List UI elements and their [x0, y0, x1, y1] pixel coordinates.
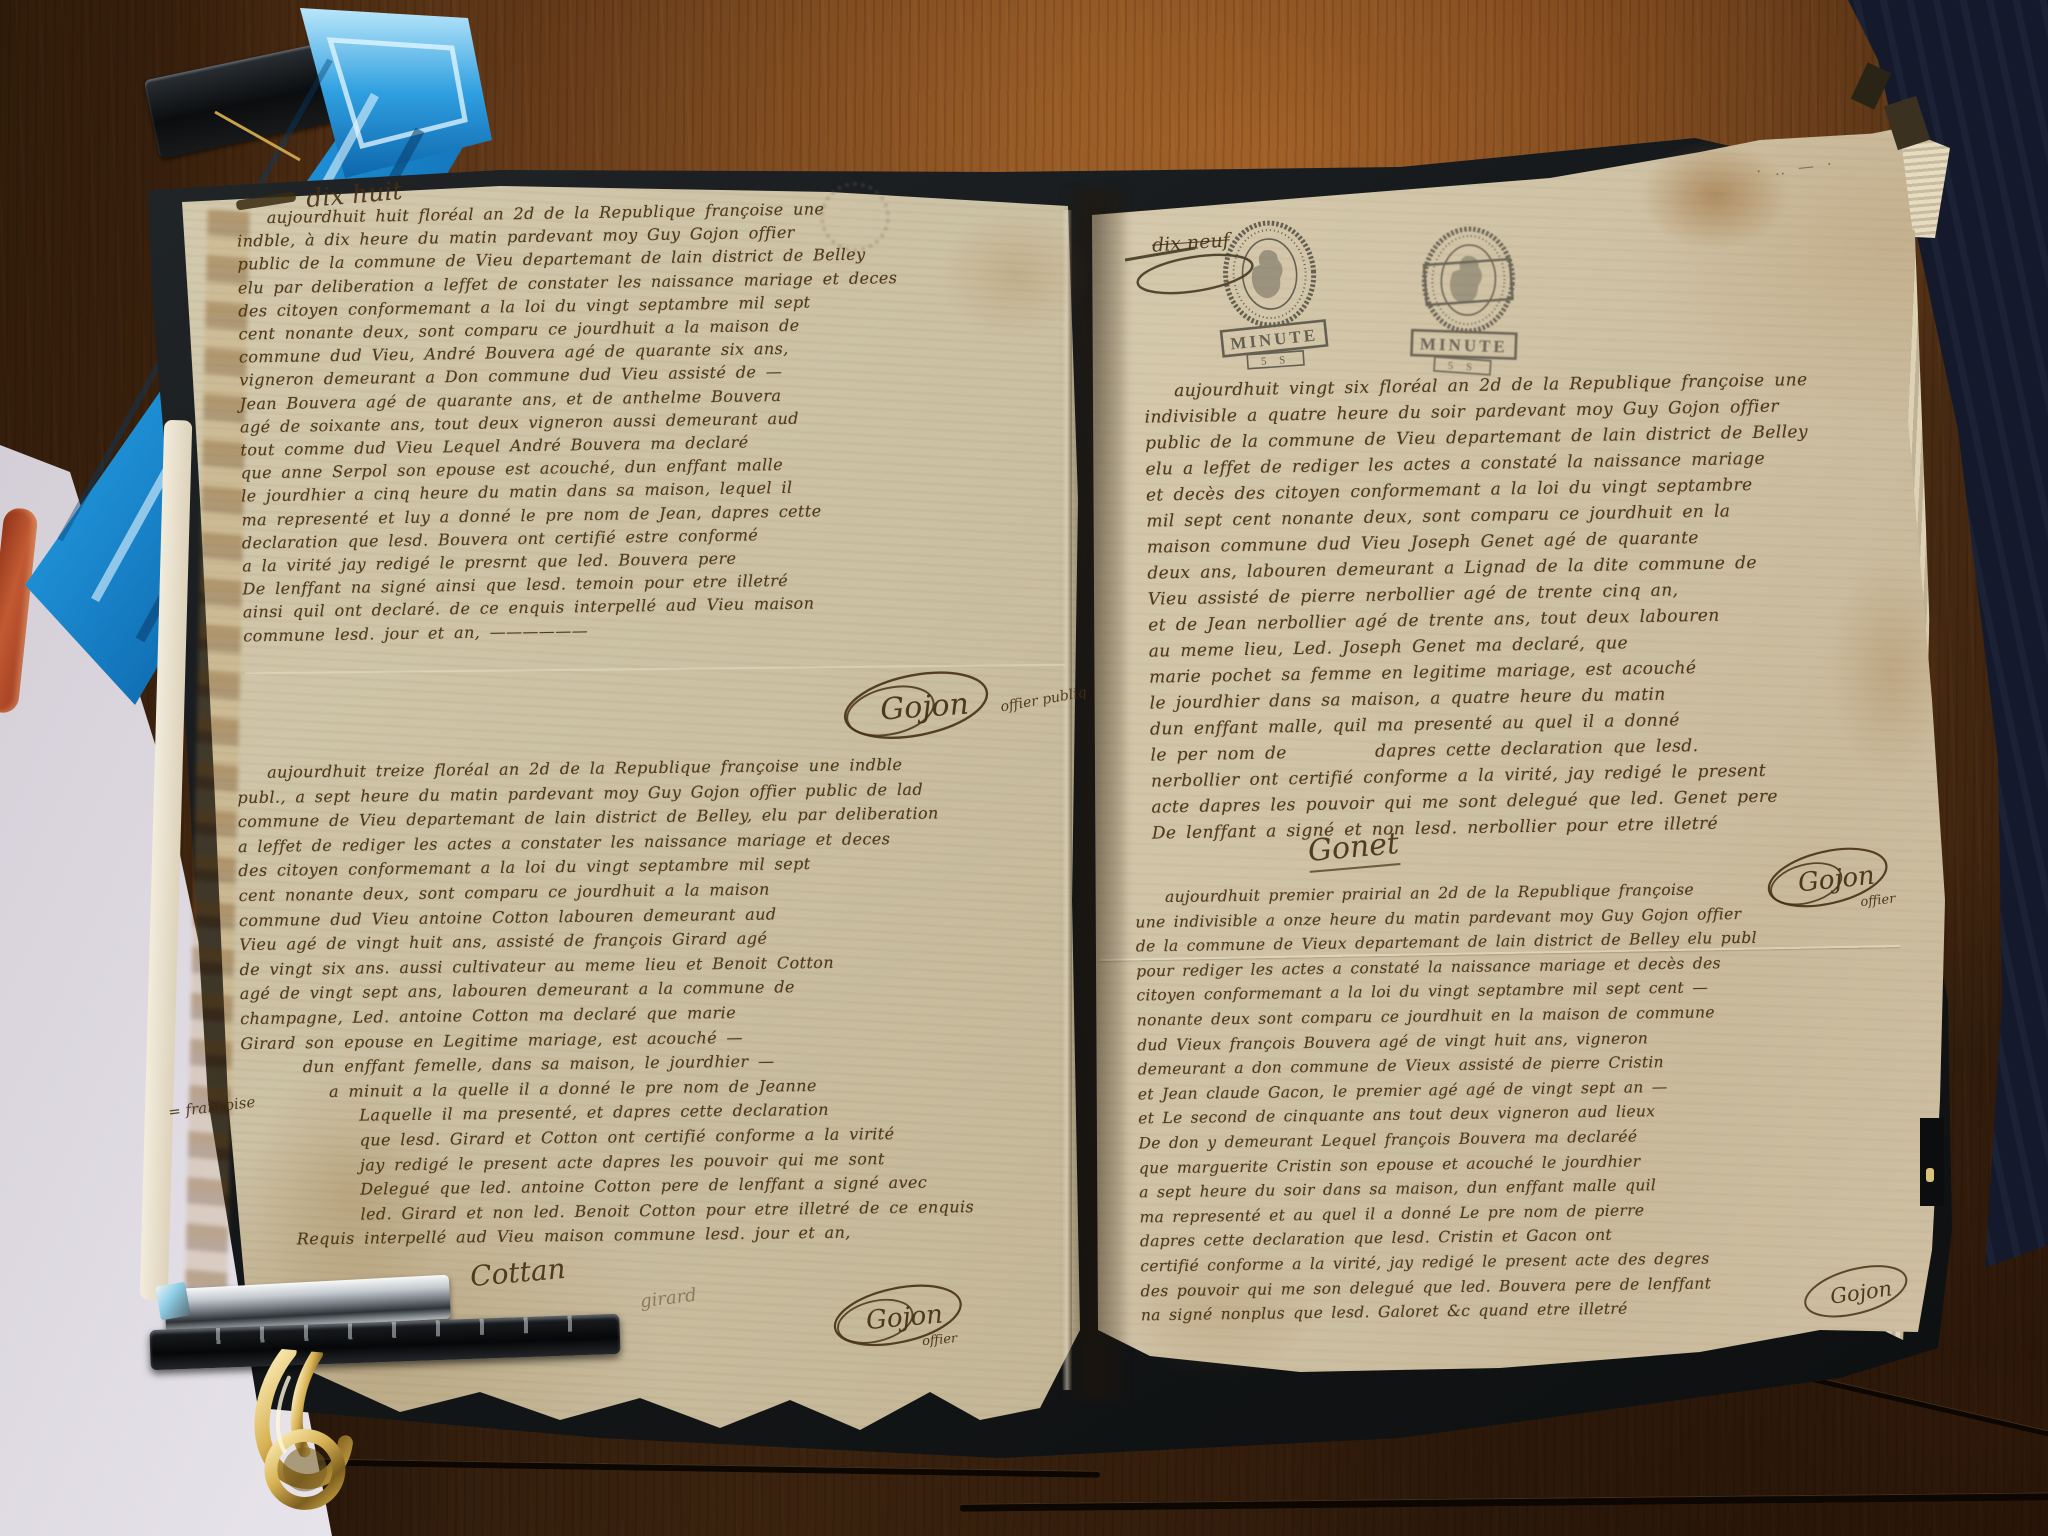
revenue-stamp: MINUTE 5 S — [1401, 220, 1533, 380]
manuscript-paragraph: aujourdhuit vingt six floréal an 2d de l… — [1144, 365, 1912, 846]
photo-scene: dix huit aujourdhuit huit floréal an 2d … — [0, 0, 2048, 1536]
svg-text:offier: offier — [922, 1331, 959, 1349]
svg-text:5 S: 5 S — [1261, 354, 1291, 368]
manuscript-paragraph: aujourdhuit premier prairial an 2d de la… — [1135, 875, 1921, 1329]
svg-text:Gojon: Gojon — [865, 1299, 944, 1336]
binder-clip-end-cap — [155, 1282, 190, 1321]
signature-genet: Gonet — [1306, 826, 1400, 873]
svg-text:5 S: 5 S — [1447, 360, 1477, 374]
gold-fleck — [1926, 1168, 1934, 1182]
binder-clip-gold-handle — [241, 1347, 385, 1523]
signature-gojon: Gojon offier — [825, 1275, 1000, 1360]
svg-text:Gojon: Gojon — [879, 687, 970, 728]
svg-text:MINUTE: MINUTE — [1420, 334, 1509, 356]
revenue-stamp: MINUTE 5 S — [1205, 214, 1337, 374]
manuscript-paragraph: aujourdhuit treize floréal an 2d de la R… — [237, 751, 1073, 1253]
book-gutter — [1066, 190, 1126, 1400]
cover-corner-bit — [1920, 1118, 1944, 1206]
manuscript-paragraph: aujourdhuit huit floréal an 2d de la Rep… — [237, 194, 1074, 648]
